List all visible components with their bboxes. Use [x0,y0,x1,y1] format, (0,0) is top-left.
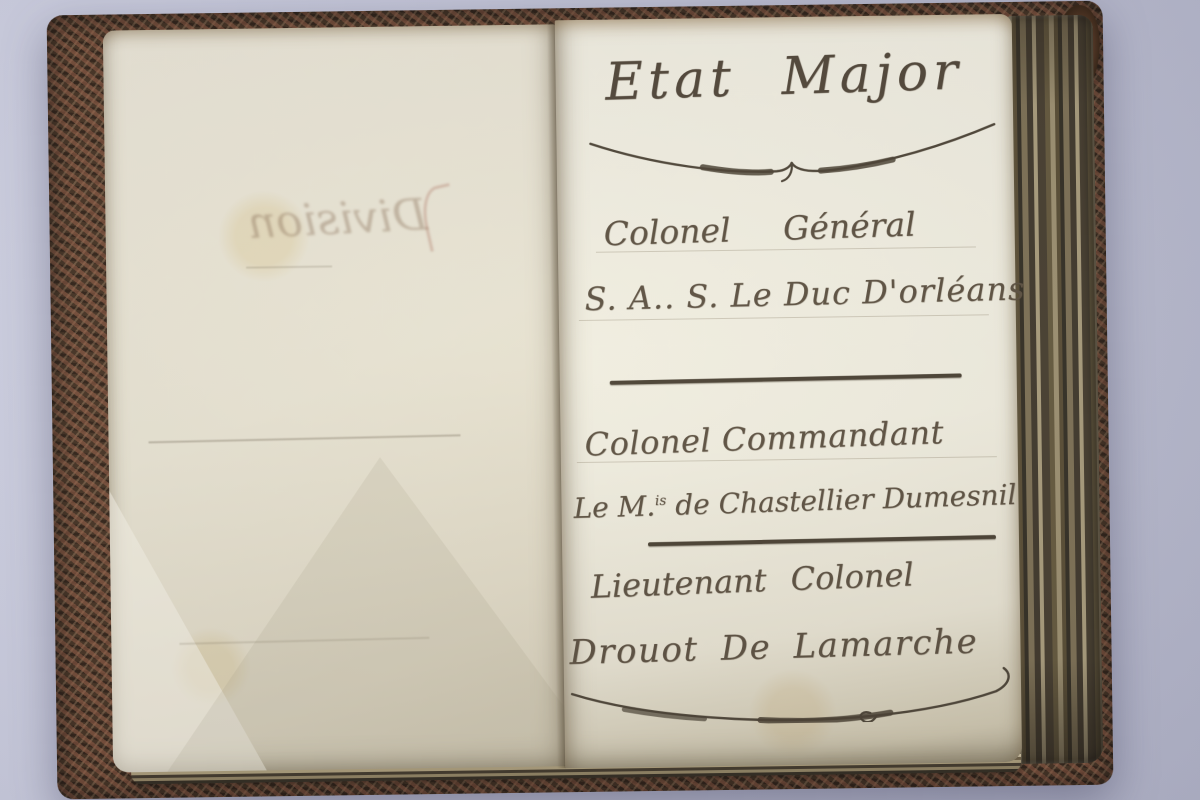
page-stack-fore-edge [1007,15,1103,764]
left-page: Division [103,24,565,772]
entry-name: Le M.is de Chastellier Dumesnil [573,478,1017,525]
entry-name-superscript: is [655,494,667,509]
signature-flourish [564,664,1017,726]
right-page: Etat Major Colonel Général S. A.. S. Le … [555,14,1022,768]
entry-role: Colonel Général [603,205,916,254]
entry-name-prefix: Le M. [573,489,656,525]
manuscript-title: Etat Major [555,40,1014,114]
entry-name-rest: de Chastellier Dumesnil [666,478,1017,522]
entry-role: Lieutenant Colonel [590,555,914,605]
faint-bleed-line [149,434,461,443]
faint-bleed-line [246,265,332,268]
title-flourish [584,118,1001,186]
entry-role: Colonel Commandant [584,413,944,464]
open-notebook: Division Etat Major Colonel Général [47,1,1114,800]
bleedthrough-mirrored-text: Division [156,189,428,253]
entry-name: S. A.. S. Le Duc D'orléans [584,269,1026,318]
photo-background: Division Etat Major Colonel Général [0,0,1200,800]
faint-bleed-line [179,637,429,645]
ink-divider [610,373,962,384]
ink-divider [648,535,996,546]
